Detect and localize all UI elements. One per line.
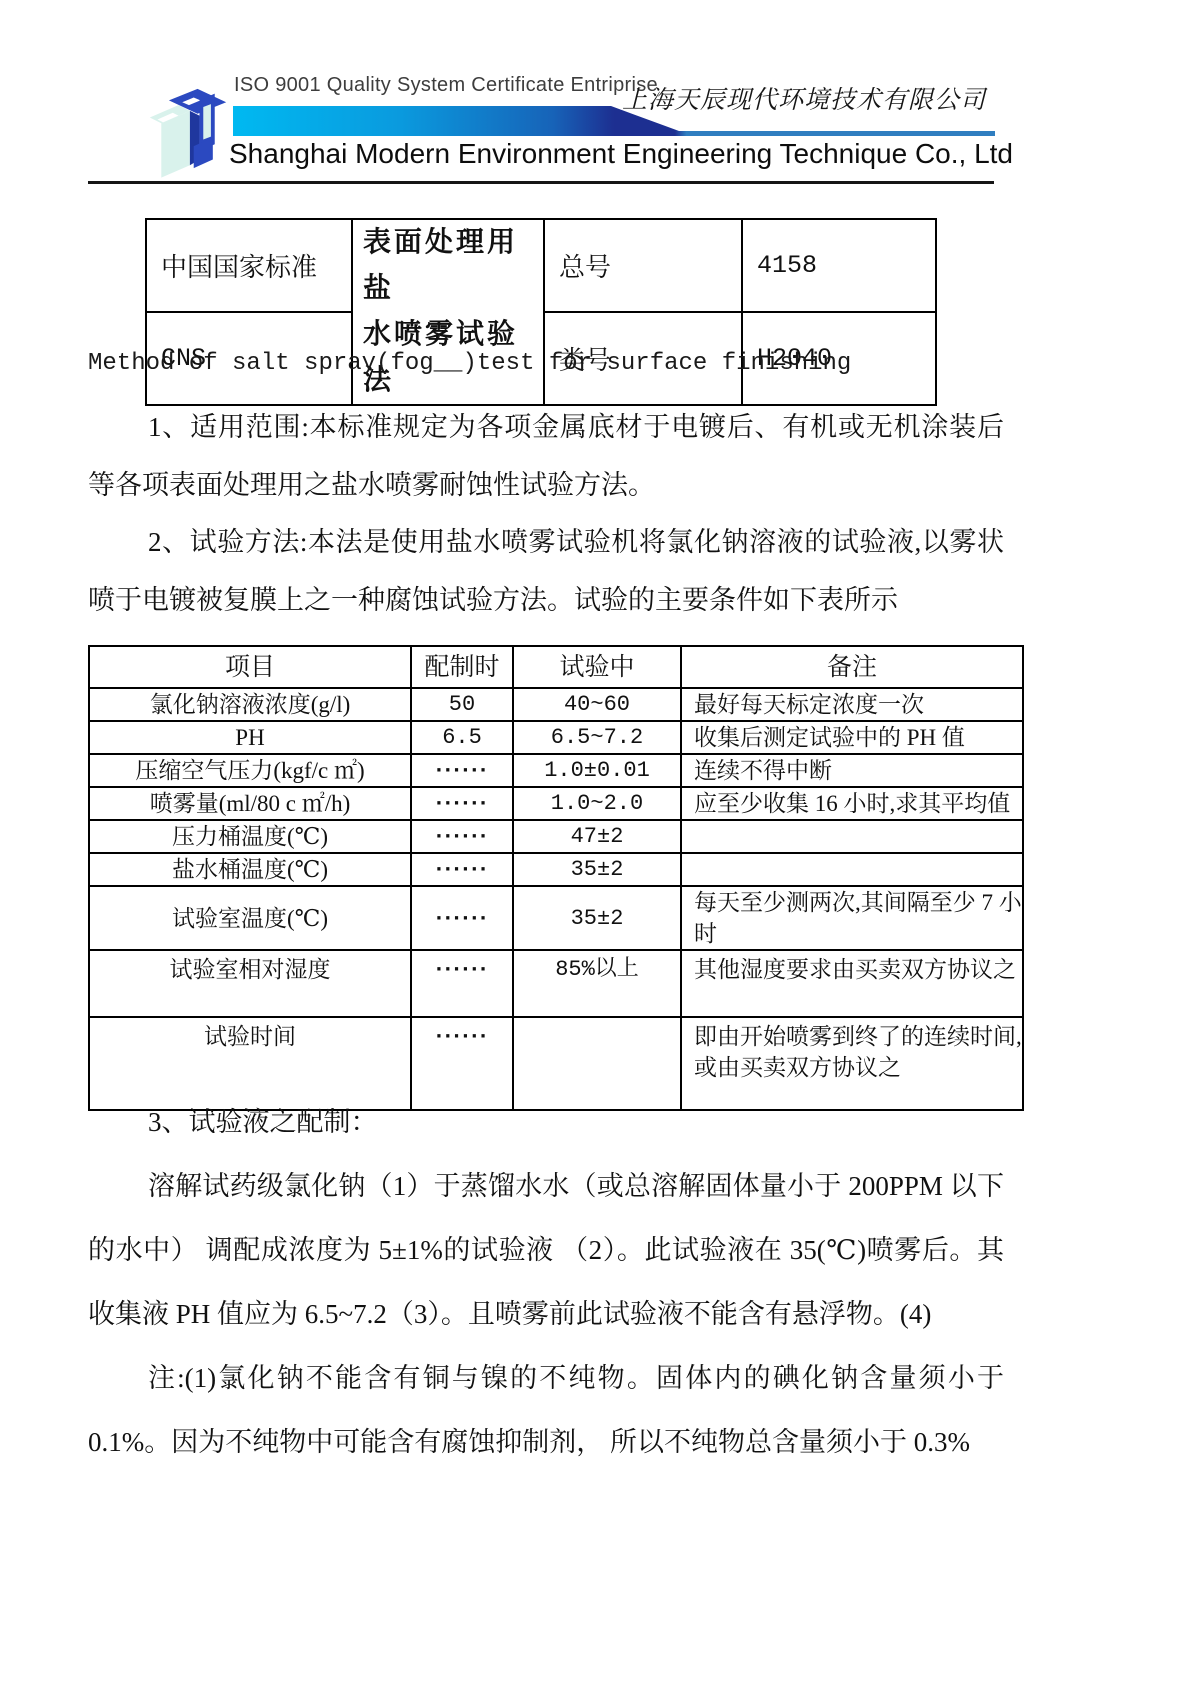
- section3-paragraphs: 3、试验液之配制： 溶解试药级氯化钠（1）于蒸馏水水（或总溶解固体量小于 200…: [88, 1090, 1004, 1474]
- col-header-item: 项目: [89, 646, 411, 688]
- header-divider: [88, 181, 994, 184]
- english-title: Method of salt spray(fog__)test for surf…: [88, 350, 851, 377]
- cell-remark: 每天至少测两次,其间隔至少 7 小时: [681, 886, 1023, 950]
- cell-item: PH: [89, 721, 411, 754]
- cell-remark: 其他湿度要求由买卖双方协议之: [681, 950, 1023, 1017]
- cell-remark: 收集后测定试验中的 PH 值: [681, 721, 1023, 754]
- test-conditions-table: 项目 配制时 试验中 备注 氯化钠溶液浓度(g/l) 50 40~60 最好每天…: [88, 645, 1024, 1111]
- cell-remark: 连续不得中断: [681, 754, 1023, 787]
- paragraph-scope: 1、适用范围:本标准规定为各项金属底材于电镀后、有机或无机涂装后等各项表面处理用…: [88, 399, 1004, 514]
- col-header-testing: 试验中: [513, 646, 681, 688]
- col-header-preparing: 配制时: [411, 646, 513, 688]
- table-row: 试验室温度(℃) ······ 35±2 每天至少测两次,其间隔至少 7 小时: [89, 886, 1023, 950]
- cell-testing: 1.0~2.0: [513, 787, 681, 820]
- cell-item: 试验室相对湿度: [89, 950, 411, 1017]
- cell-preparing: 6.5: [411, 721, 513, 754]
- cell-remark: 应至少收集 16 小时,求其平均值: [681, 787, 1023, 820]
- table-row: 压力桶温度(℃) ······ 47±2: [89, 820, 1023, 853]
- table-header-row: 项目 配制时 试验中 备注: [89, 646, 1023, 688]
- cell-preparing: ······: [411, 820, 513, 853]
- cell-item: 盐水桶温度(℃): [89, 853, 411, 886]
- cell-item: 氯化钠溶液浓度(g/l): [89, 688, 411, 721]
- cell-testing: 35±2: [513, 886, 681, 950]
- iso-certificate-text: ISO 9001 Quality System Certificate Entr…: [234, 74, 658, 97]
- standard-label: 中国国家标准: [146, 219, 352, 312]
- cell-preparing: ······: [411, 787, 513, 820]
- cell-testing: 35±2: [513, 853, 681, 886]
- cell-testing: 47±2: [513, 820, 681, 853]
- company-logo-icon: [146, 76, 230, 182]
- table-row: 盐水桶温度(℃) ······ 35±2: [89, 853, 1023, 886]
- paragraph-solution-preparation: 溶解试药级氯化钠（1）于蒸馏水水（或总溶解固体量小于 200PPM 以下的水中）…: [88, 1154, 1004, 1346]
- table-row: 中国国家标准 表面处理用盐 水喷雾试验法 总号 4158: [146, 219, 936, 312]
- cell-testing: 6.5~7.2: [513, 721, 681, 754]
- cell-testing: 40~60: [513, 688, 681, 721]
- standard-title-line1: 表面处理用盐: [363, 220, 543, 312]
- cell-item: 试验室温度(℃): [89, 886, 411, 950]
- company-name-chinese: 上海天辰现代环境技术有限公司: [622, 80, 952, 116]
- standard-info-table: 中国国家标准 表面处理用盐 水喷雾试验法 总号 4158 CNS 类号 H204…: [145, 218, 937, 406]
- table-row: PH 6.5 6.5~7.2 收集后测定试验中的 PH 值: [89, 721, 1023, 754]
- paragraph-note: 注:(1)氯化钠不能含有铜与镍的不纯物。固体内的碘化钠含量须小于 0.1%。因为…: [88, 1346, 1004, 1474]
- section3-heading: 3、试验液之配制：: [88, 1090, 1004, 1154]
- cell-remark: [681, 853, 1023, 886]
- body-paragraphs: 1、适用范围:本标准规定为各项金属底材于电镀后、有机或无机涂装后等各项表面处理用…: [88, 399, 1004, 629]
- document-page: ISO 9001 Quality System Certificate Entr…: [0, 0, 1200, 1697]
- table-row: 试验室相对湿度 ······ 85%以上 其他湿度要求由买卖双方协议之: [89, 950, 1023, 1017]
- cell-item: 压缩空气压力(kgf/c ㎡): [89, 754, 411, 787]
- cell-preparing: ······: [411, 950, 513, 1017]
- table-row: 喷雾量(ml/80 c ㎡/h) ······ 1.0~2.0 应至少收集 16…: [89, 787, 1023, 820]
- cell-testing: 85%以上: [513, 950, 681, 1017]
- cell-preparing: ······: [411, 853, 513, 886]
- serial-label: 总号: [544, 219, 742, 312]
- cell-remark: [681, 820, 1023, 853]
- cell-testing: 1.0±0.01: [513, 754, 681, 787]
- cell-preparing: 50: [411, 688, 513, 721]
- cell-item: 喷雾量(ml/80 c ㎡/h): [89, 787, 411, 820]
- col-header-remark: 备注: [681, 646, 1023, 688]
- cell-item: 压力桶温度(℃): [89, 820, 411, 853]
- table-row: 氯化钠溶液浓度(g/l) 50 40~60 最好每天标定浓度一次: [89, 688, 1023, 721]
- serial-value: 4158: [742, 219, 936, 312]
- cell-preparing: ······: [411, 886, 513, 950]
- table-row: 压缩空气压力(kgf/c ㎡) ······ 1.0±0.01 连续不得中断: [89, 754, 1023, 787]
- cell-preparing: ······: [411, 754, 513, 787]
- paragraph-method: 2、试验方法:本法是使用盐水喷雾试验机将氯化钠溶液的试验液,以雾状喷于电镀被复膜…: [88, 514, 1004, 629]
- cell-remark: 最好每天标定浓度一次: [681, 688, 1023, 721]
- company-name-english: Shanghai Modern Environment Engineering …: [229, 138, 1009, 170]
- standard-title: 表面处理用盐 水喷雾试验法: [352, 219, 544, 405]
